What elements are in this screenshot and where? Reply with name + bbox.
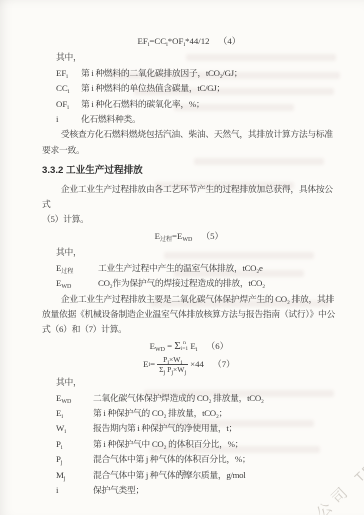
paragraph-line: 要求一致。 [42,143,336,158]
definition-text: 保护气类型； [93,483,336,498]
formula-7: Ei = Pi×WiΣj Pj×Wj×44（7） [42,355,336,374]
symbol: Pi [56,437,93,452]
symbol: OFi [56,97,81,112]
definition-row: EWDCO₂作为保护气的焊接过程造成的排放，tCO₂ [56,276,336,291]
definition-row: Wi报告期内第 i 种保护气的净使用量，t； [56,421,336,436]
symbol: i [56,483,93,498]
definition-row: Ei第 i 种保护气的 CO₂ 排放量，tCO₂； [56,406,336,421]
label-where-1: 其中， [56,50,336,65]
definition-row: EFi第 i 种燃料的二氧化碳排放因子，tCO₂/GJ； [56,66,336,81]
definition-row: CCi第 i 种燃料的单位热值含碳量，tC/GJ； [56,81,336,96]
formula-4-term: =CC [149,36,166,46]
paragraph-line: 放量依据《机械设备制造企业温室气体排放核算方法与报告指南（试行）》中公 [42,307,336,322]
paragraph-line: 式（6）和（7）计算。 [42,322,336,337]
symbol: E过程 [56,261,98,276]
definition-row: EWD二氧化碳气体保护焊造成的 CO₂ 排放量，tCO₂ [56,391,336,406]
formula-7-number: （7） [213,357,235,372]
formula-5-term: =E [172,231,182,241]
definition-text: 第 i 种保护气的 CO₂ 排放量，tCO₂； [93,406,336,421]
paragraph-line: （5）计算。 [42,212,336,227]
formula-4-number: （4） [219,36,241,46]
definition-text: 报告期内第 i 种保护气的净使用量，t； [93,421,336,436]
symbol: EFi [56,66,81,81]
definition-row: Pi第 i 种保护气中 CO₂ 的体积百分比，%； [56,437,336,452]
document-body: EFi=CCi*OFi*44/12（4） 其中， EFi第 i 种燃料的二氧化碳… [42,33,336,498]
formula-4-term: *44/12 [185,36,209,46]
label-where-2: 其中， [56,245,336,260]
formula-5-subscript: 过程 [160,237,172,243]
definition-text: 第 i 种化石燃料的碳氧化率，%； [81,97,336,112]
formula-6-subscript: WD [155,347,165,353]
definition-text: 第 i 种保护气中 CO₂ 的体积百分比，%； [93,437,336,452]
formula-7-term: ×44 [190,357,204,372]
symbol: Ei [56,406,93,421]
formula-5-number: （5） [201,231,223,241]
formula-4-term: *OF [168,36,184,46]
section-heading: 3.3.2 工业生产过程排放 [42,163,336,178]
symbol: CCi [56,81,81,96]
paragraph-line: 企业工业生产过程排放由各工艺环节产生的过程排放加总获得，具体按公式 [42,182,336,213]
formula-6: EWD = Σni=1 Ei（6） [42,339,336,354]
definition-text: 二氧化碳气体保护焊造成的 CO₂ 排放量，tCO₂ [93,391,336,406]
paragraph-line: 受核查方化石燃料燃烧包括汽油、柴油、天然气，其排放计算方法与标准 [42,127,336,142]
definition-text: 化石燃料种类。 [81,112,336,127]
definition-text: 第 i 种燃料的单位热值含碳量，tC/GJ； [81,81,336,96]
formula-4: EFi=CCi*OFi*44/12（4） [42,34,336,49]
formula-6-subscript: i [196,347,198,353]
definition-row: Pj混合气体中第 j 种气体的体积百分比，%； [56,452,336,467]
symbol: i [56,112,81,127]
formula-5: E过程=EWD（5） [42,229,336,244]
label-where-3: 其中， [56,375,336,390]
fraction-numerator: Pi×Wi [157,355,188,364]
scanned-document-page: EFi=CCi*OFi*44/12（4） 其中， EFi第 i 种燃料的二氧化碳… [0,0,364,515]
formula-5-subscript: WD [182,237,192,243]
definition-text: 工业生产过程中产生的温室气体排放，tCO₂e [98,261,336,276]
formula-6-number: （6） [206,341,228,351]
symbol: EWD [56,276,98,291]
symbol: Wi [56,421,93,436]
definition-row: E过程工业生产过程中产生的温室气体排放，tCO₂e [56,261,336,276]
definition-row: OFi第 i 种化石燃料的碳氧化率，%； [56,97,336,112]
symbol: EWD [56,391,93,406]
definition-row: i保护气类型； [56,483,336,498]
fraction: Pi×WiΣj Pj×Wj [157,355,188,374]
paragraph-line: 企业工业生产过程排放主要是二氧化碳气体保护焊产生的 CO₂ 排放，其排 [42,292,336,307]
definition-row: i化石燃料种类。 [56,112,336,127]
symbol: Pj [56,452,93,467]
page-number: 13 [0,468,364,477]
definition-text: 混合气体中第 j 种气体的体积百分比，%； [93,452,336,467]
fraction-denominator: Σj Pj×Wj [157,364,188,374]
definition-text: CO₂作为保护气的焊接过程造成的排放，tCO₂ [98,276,336,291]
definition-text: 第 i 种燃料的二氧化碳排放因子，tCO₂/GJ； [81,66,336,81]
formula-4-term: EF [137,36,147,46]
